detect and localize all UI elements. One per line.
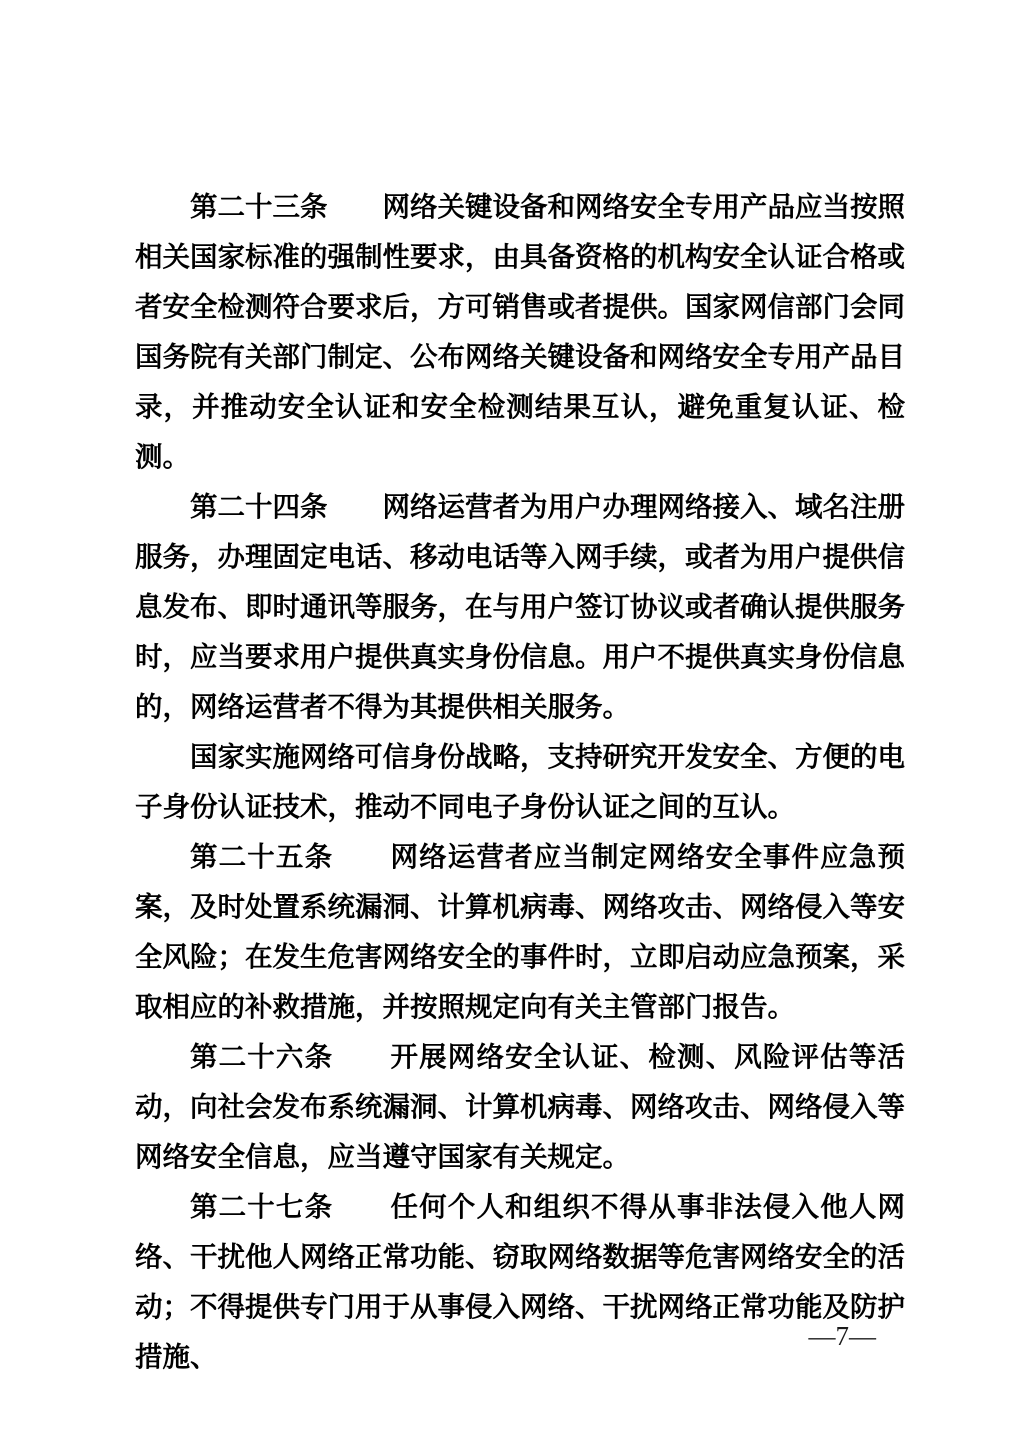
article-26-paragraph: 第二十六条 开展网络安全认证、检测、风险评估等活动，向社会发布系统漏洞、计算机病… <box>135 1032 905 1182</box>
document-body: 第二十三条 网络关键设备和网络安全专用产品应当按照相关国家标准的强制性要求，由具… <box>135 182 905 1382</box>
article-27-paragraph: 第二十七条 任何个人和组织不得从事非法侵入他人网络、干扰他人网络正常功能、窃取网… <box>135 1182 905 1382</box>
article-25-paragraph: 第二十五条 网络运营者应当制定网络安全事件应急预案，及时处置系统漏洞、计算机病毒… <box>135 832 905 1032</box>
article-23-paragraph: 第二十三条 网络关键设备和网络安全专用产品应当按照相关国家标准的强制性要求，由具… <box>135 182 905 482</box>
document-page: 第二十三条 网络关键设备和网络安全专用产品应当按照相关国家标准的强制性要求，由具… <box>0 0 1024 1450</box>
article-24-paragraph: 第二十四条 网络运营者为用户办理网络接入、域名注册服务，办理固定电话、移动电话等… <box>135 482 905 732</box>
article-24-paragraph-2: 国家实施网络可信身份战略，支持研究开发安全、方便的电子身份认证技术，推动不同电子… <box>135 732 905 832</box>
page-number: —7— <box>809 1320 877 1352</box>
